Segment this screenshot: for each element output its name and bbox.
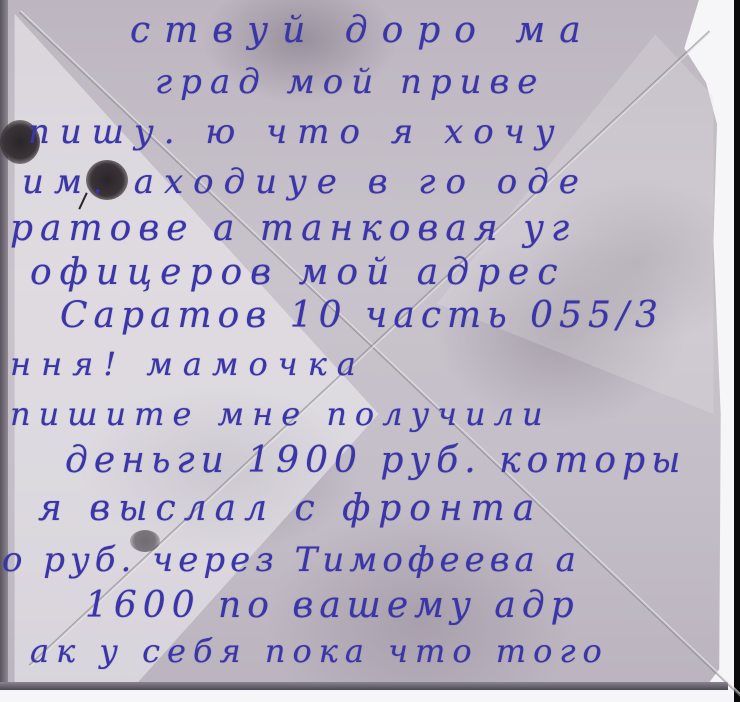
letter-line-10: деньги 1900 руб. которы — [65, 440, 686, 481]
letter-line-7: Саратов 10 часть 055/3 — [60, 295, 664, 336]
letter-line-6: офицеров мой адрес — [30, 252, 566, 293]
letter-line-2: град мой приве — [155, 62, 545, 102]
letter-line-5: ратове а танковая уг — [10, 208, 576, 249]
scanner-edge — [734, 0, 740, 702]
paper-edge-bottom — [0, 682, 728, 690]
letter-line-9: пишите мне получили — [10, 395, 551, 433]
letter-line-3: пишу. ю что я хочу — [28, 112, 565, 152]
paper-edge-left — [0, 0, 8, 690]
letter-line-13: 1600 по вашему адр — [85, 585, 580, 626]
letter-line-4: им. аходиуе в го оде — [22, 162, 589, 202]
letter-scan: ствуй доро ма град мой приве пишу. ю что… — [0, 0, 740, 702]
letter-line-1: ствуй доро ма — [130, 10, 595, 51]
letter-line-8: ння! мамочка — [10, 345, 366, 383]
letter-line-12: о руб. через Тимофеева а — [2, 540, 581, 580]
letter-line-11: я выслал с фронта — [38, 488, 542, 529]
letter-line-14: ак у себя пока что того — [30, 632, 609, 670]
